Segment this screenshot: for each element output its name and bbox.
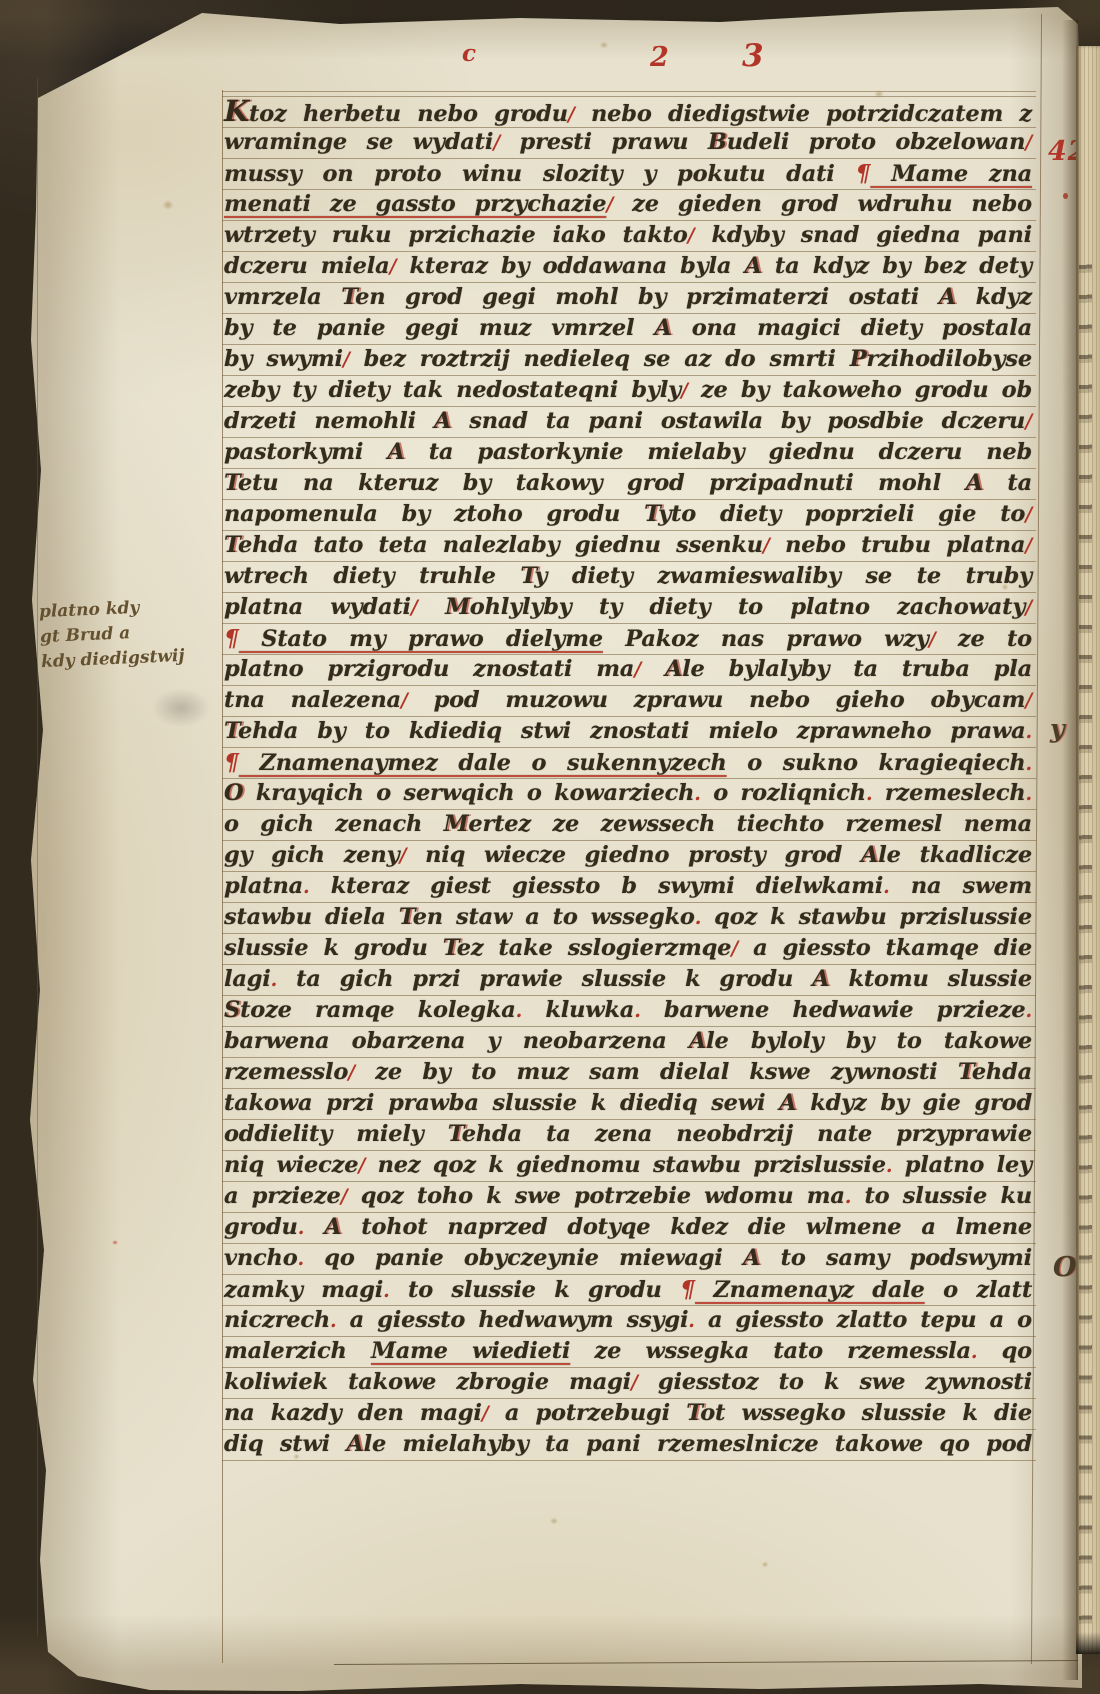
text-line: drzeti nemohli A snad ta pani ostawila b… xyxy=(224,406,1032,437)
margin-note: platno kdy gt Brud a kdy diedigstwij xyxy=(38,592,231,675)
text-line: vmrzela Ten grod gegi mohl by przimaterz… xyxy=(224,282,1032,313)
page-edge-bottom-shadow xyxy=(1076,1632,1100,1654)
ruled-line xyxy=(222,1460,1036,1461)
text-line: barwena obarzena y neobarzena Ale byloly… xyxy=(224,1026,1032,1057)
page-edge-text-glimpse xyxy=(1079,246,1092,1626)
text-line: vncho. qo panie obyczeynie miewagi A to … xyxy=(224,1243,1032,1274)
text-line: diq stwi Ale mielahyby ta pani rzemeslni… xyxy=(224,1429,1032,1460)
text-line: Stoze ramqe kolegka. kluwka. barwene hed… xyxy=(224,995,1032,1026)
text-line: grodu. A tohot naprzed dotyqe kdez die w… xyxy=(224,1212,1032,1243)
text-line: rzemesslo/ ze by to muz sam dielal kswe … xyxy=(224,1057,1032,1088)
manuscript-photo: c 2 3 42 Ktoz herbetu nebo grodu/ nebo d… xyxy=(0,0,1100,1694)
text-line: Ktoz herbetu nebo grodu/ nebo diedigstwi… xyxy=(224,96,1032,127)
text-line: o gich zenach Mertez ze zewssech tiechto… xyxy=(224,809,1032,840)
text-frame-left-line xyxy=(222,90,223,1663)
text-line: O krayqich o serwqich o kowarziech. o ro… xyxy=(224,778,1032,809)
text-line: niq wiecze/ nez qoz k giednomu stawbu pr… xyxy=(224,1150,1032,1181)
quire-mark-3: 3 xyxy=(742,38,764,74)
text-line: zeby ty diety tak nedostateqni byly/ ze … xyxy=(224,375,1032,406)
text-line: koliwiek takowe zbrogie magi/ giesstoz t… xyxy=(224,1367,1032,1398)
text-line: gy gich zeny/ niq wiecze giedno prosty g… xyxy=(224,840,1032,871)
text-line: wtrzety ruku przichazie iako takto/ kdyb… xyxy=(224,220,1032,251)
margin-frame-line xyxy=(37,78,38,1636)
text-line: platna. kteraz giest giessto b swymi die… xyxy=(224,871,1032,902)
text-line: na kazdy den magi/ a potrzebugi Tot wsse… xyxy=(224,1398,1032,1429)
text-line: a przieze/ qoz toho k swe potrzebie wdom… xyxy=(224,1181,1032,1212)
text-line: dczeru miela/ kteraz by oddawana byla A … xyxy=(224,251,1032,282)
text-line: by te panie gegi muz vmrzel A ona magici… xyxy=(224,313,1032,344)
text-line: malerzich Mame wiedieti ze wssegka tato … xyxy=(224,1336,1032,1367)
text-line: by swymi/ bez roztrzij nedieleq se az do… xyxy=(224,344,1032,375)
text-line: slussie k grodu Tez take sslogierzmqe/ a… xyxy=(224,933,1032,964)
text-line: menati ze gassto przychazie/ ze gieden g… xyxy=(224,189,1032,220)
quire-mark-c: c xyxy=(462,40,476,67)
ruled-line xyxy=(222,91,1036,92)
text-line: lagi. ta gich przi prawie slussie k grod… xyxy=(224,964,1032,995)
text-line: pastorkymi A ta pastorkynie mielaby gied… xyxy=(224,437,1032,468)
text-line: ¶ Znamenaymez dale o sukennyzech o sukno… xyxy=(224,747,1032,778)
text-line: zamky magi. to slussie k grodu ¶ Znamena… xyxy=(224,1274,1032,1305)
text-line: Tehda tato teta nalezlaby giednu ssenku/… xyxy=(224,530,1032,561)
text-line: tna nalezena/ pod muzowu zprawu nebo gie… xyxy=(224,685,1032,716)
text-line: oddielity miely Tehda ta zena neobdrzij … xyxy=(224,1119,1032,1150)
text-line: Tetu na kteruz by takowy grod przipadnut… xyxy=(224,468,1032,499)
text-line: takowa przi prawba slussie k diediq sewi… xyxy=(224,1088,1032,1119)
text-line: mussy on proto winu slozity y pokutu dat… xyxy=(224,158,1032,189)
text-line: niczrech. a giessto hedwawym ssygi. a gi… xyxy=(224,1305,1032,1336)
text-line: ¶ Stato my prawo dielyme Pakoz nas prawo… xyxy=(224,623,1032,654)
text-block: Ktoz herbetu nebo grodu/ nebo diedigstwi… xyxy=(224,96,1032,1460)
text-line: Tehda by to kdiediq stwi znostati mielo … xyxy=(224,716,1032,747)
text-line: wtrech diety truhle Ty diety zwamieswali… xyxy=(224,561,1032,592)
text-line: wraminge se wydati/ presti prawu Budeli … xyxy=(224,127,1032,158)
text-line: napomenula by ztoho grodu Tyto diety pop… xyxy=(224,499,1032,530)
quire-mark-2: 2 xyxy=(650,42,669,73)
text-line: platno przigrodu znostati ma/ Ale bylaly… xyxy=(224,654,1032,685)
text-line: platna wydati/ Mohlylyby ty diety to pla… xyxy=(224,592,1032,623)
text-line: stawbu diela Ten staw a to wssegko. qoz … xyxy=(224,902,1032,933)
fore-edge-of-following-leaves xyxy=(1076,46,1100,1654)
